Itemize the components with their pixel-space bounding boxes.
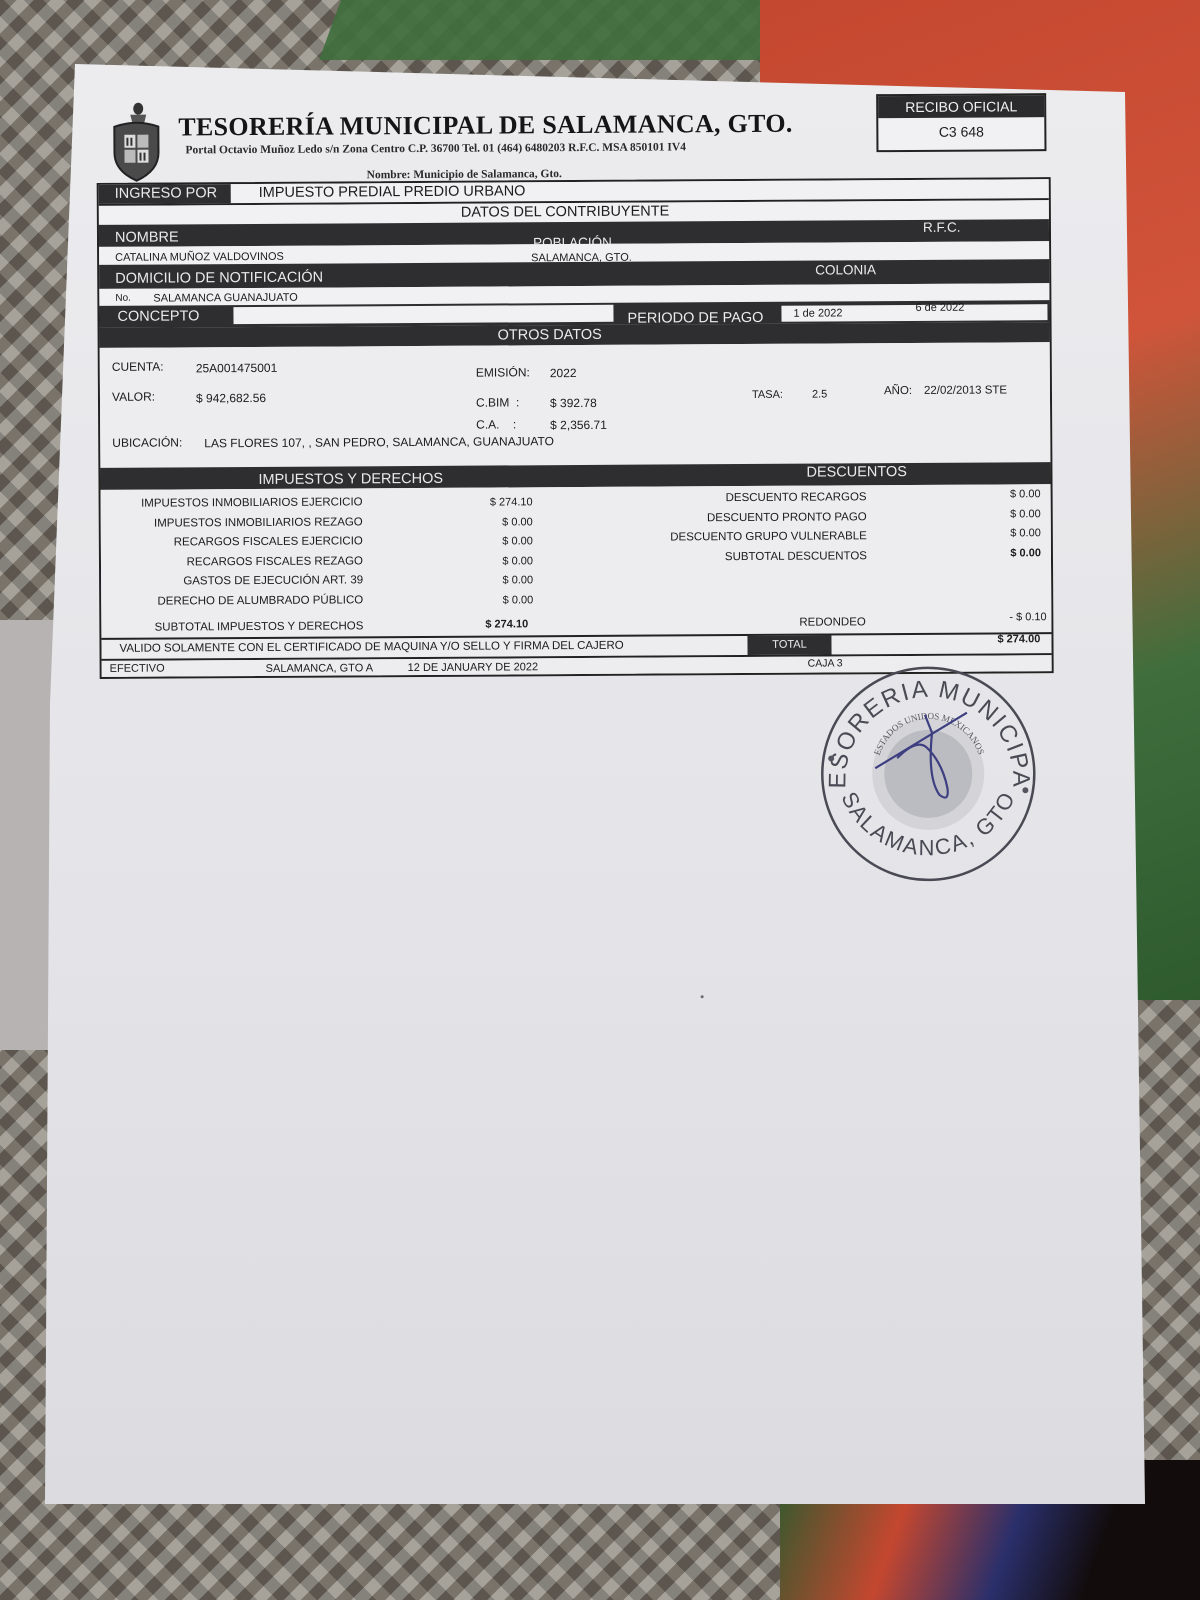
- impuesto-item-label: IMPUESTOS INMOBILIARIOS EJERCICIO: [141, 496, 363, 509]
- municipal-coat-of-arms-icon: [108, 101, 165, 185]
- receipt-document: TESORERÍA MUNICIPAL DE SALAMANCA, GTO. P…: [0, 0, 1200, 1600]
- ca-label: C.A. :: [476, 417, 516, 431]
- impuesto-item-value: $ 0.00: [502, 575, 533, 587]
- cbim-value: $ 392.78: [550, 396, 597, 410]
- tasa-value: 2.5: [812, 388, 827, 400]
- cbim-label: C.BIM :: [476, 395, 519, 409]
- issuer-address: Portal Octavio Muñoz Ledo s/n Zona Centr…: [185, 141, 686, 156]
- descuento-item-value: $ 0.00: [1010, 508, 1041, 520]
- otros-datos-title: OTROS DATOS: [498, 327, 602, 344]
- impuesto-item-value: $ 0.00: [503, 594, 534, 606]
- colonia-label: COLONIA: [815, 262, 876, 277]
- impuesto-item-value: $ 0.00: [502, 516, 533, 528]
- anio-label: AÑO:: [884, 385, 912, 397]
- redondeo-value: - $ 0.10: [1009, 611, 1046, 623]
- descuento-item-label: DESCUENTO GRUPO VULNERABLE: [670, 530, 867, 543]
- impuesto-item-label: RECARGOS FISCALES REZAGO: [187, 555, 363, 568]
- impuesto-item-value: $ 274.10: [490, 496, 533, 508]
- anio-value: 22/02/2013 STE: [924, 384, 1007, 397]
- page-title: TESORERÍA MUNICIPAL DE SALAMANCA, GTO.: [178, 109, 792, 143]
- contribuyente-section-title: DATOS DEL CONTRIBUYENTE: [461, 203, 670, 220]
- concepto-label: CONCEPTO: [117, 308, 199, 325]
- ingreso-label: INGRESO POR: [115, 185, 217, 202]
- total-label-chip: TOTAL: [747, 635, 831, 655]
- ingreso-value: IMPUESTO PREDIAL PREDIO URBANO: [259, 183, 526, 201]
- domicilio-value: SALAMANCA GUANAJUATO: [153, 292, 298, 305]
- redondeo-label: REDONDEO: [799, 616, 866, 628]
- validez-text: VALIDO SOLAMENTE CON EL CERTIFICADO DE M…: [119, 640, 623, 655]
- rfc-label: R.F.C.: [923, 220, 961, 235]
- ca-value: $ 2,356.71: [550, 418, 607, 432]
- descuento-item-value: $ 0.00: [1010, 488, 1041, 500]
- cuenta-label: CUENTA:: [112, 360, 164, 374]
- ubicacion-label: UBICACIÓN:: [112, 435, 182, 449]
- otros-datos-body: CUENTA: 25A001475001 EMISIÓN: 2022 VALOR…: [100, 342, 1051, 468]
- ubicacion-value: LAS FLORES 107, , SAN PEDRO, SALAMANCA, …: [204, 434, 554, 450]
- periodo-hasta: 6 de 2022: [915, 302, 964, 314]
- impuesto-item-value: $ 0.00: [502, 535, 533, 547]
- descuentos-subtotal-label: SUBTOTAL DESCUENTOS: [725, 550, 867, 563]
- impuesto-item-value: $ 0.00: [502, 555, 533, 567]
- domicilio-label: DOMICILIO DE NOTIFICACIÓN: [115, 270, 323, 287]
- impuesto-item-label: IMPUESTOS INMOBILIARIOS REZAGO: [154, 516, 363, 529]
- impuesto-item-label: GASTOS DE EJECUCIÓN ART. 39: [183, 575, 363, 588]
- receipt-number: C3 648: [878, 117, 1044, 146]
- impuestos-subtotal-value: $ 274.10: [485, 618, 528, 630]
- impuesto-item-label: DERECHO DE ALUMBRADO PÚBLICO: [157, 594, 363, 607]
- descuento-item-label: DESCUENTO RECARGOS: [726, 491, 867, 504]
- nombre-value: CATALINA MUÑOZ VALDOVINOS: [115, 251, 284, 264]
- descuentos-subtotal-value: $ 0.00: [1010, 547, 1041, 559]
- paper-speck: [701, 995, 704, 998]
- receipt-number-box: RECIBO OFICIAL C3 648: [876, 93, 1046, 152]
- payment-date: 12 DE JANUARY DE 2022: [408, 661, 539, 674]
- descuentos-title: DESCUENTOS: [806, 464, 907, 481]
- nombre-label: NOMBRE: [115, 229, 179, 245]
- no-label: No.: [115, 293, 131, 304]
- impuestos-subtotal-label: SUBTOTAL IMPUESTOS Y DERECHOS: [155, 620, 364, 633]
- concepto-value-box: [233, 305, 613, 324]
- cuenta-value: 25A001475001: [196, 361, 278, 375]
- impuesto-item-label: RECARGOS FISCALES EJERCICIO: [174, 536, 363, 549]
- place-prefix: SALAMANCA, GTO A: [266, 662, 373, 675]
- total-label: TOTAL: [772, 639, 807, 651]
- receipt-label: RECIBO OFICIAL: [878, 95, 1044, 118]
- payment-method: EFECTIVO: [110, 663, 165, 675]
- emision-label: EMISIÓN:: [476, 365, 530, 379]
- total-value: $ 274.00: [997, 633, 1040, 645]
- receipt-form: INGRESO POR IMPUESTO PREDIAL PREDIO URBA…: [97, 177, 1054, 679]
- valor-label: VALOR:: [112, 390, 155, 404]
- periodo-desde: 1 de 2022: [793, 307, 842, 319]
- tasa-label: TASA:: [752, 389, 783, 401]
- valor-value: $ 942,682.56: [196, 391, 266, 405]
- descuento-item-value: $ 0.00: [1010, 527, 1041, 539]
- descuento-item-label: DESCUENTO PRONTO PAGO: [707, 511, 867, 524]
- emision-value: 2022: [550, 366, 577, 380]
- impuestos-descuentos-body: IMPUESTOS INMOBILIARIOS EJERCICIO$ 274.1…: [101, 484, 1052, 638]
- impuestos-title: IMPUESTOS Y DERECHOS: [258, 471, 443, 488]
- periodo-value-box: 1 de 2022 6 de 2022: [781, 304, 1047, 322]
- official-seal-icon: TESORERIA MUNICIPAL SALAMANCA, GTO ESTAD…: [817, 662, 1040, 885]
